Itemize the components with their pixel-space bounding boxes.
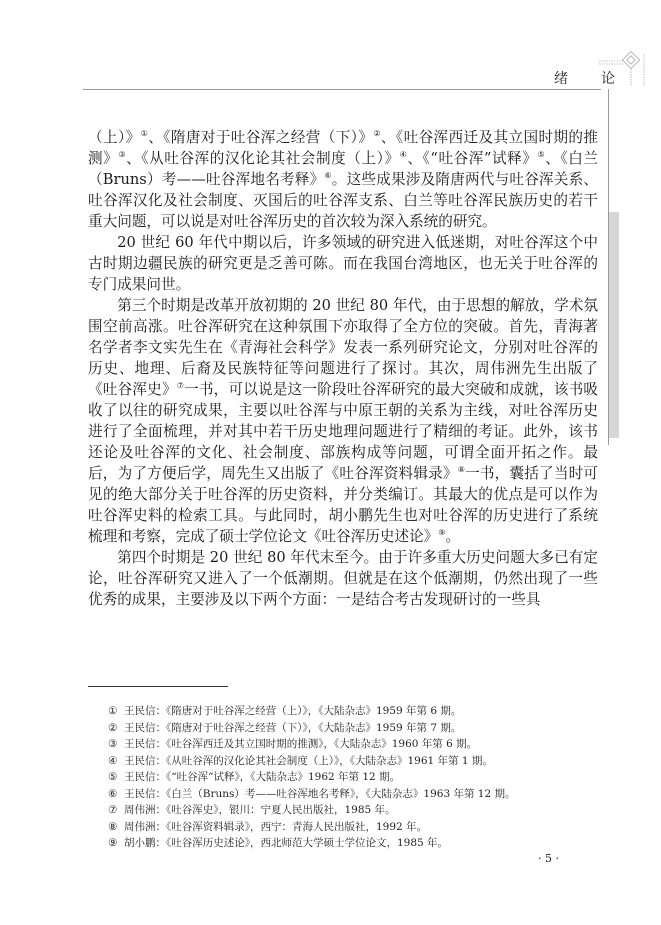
- running-head-title: 绪论: [554, 68, 615, 88]
- footnote-reference[interactable]: ⑦: [177, 381, 184, 390]
- footnote-mark: ⑦: [108, 802, 124, 819]
- footnote-mark: ⑨: [108, 835, 124, 852]
- footnote-item: ⑥王民信：《白兰（Bruns）考——吐谷浑地名考释》，《大陆杂志》1963 年第…: [108, 786, 598, 803]
- footnote-text: 周伟洲：《吐谷浑史》，银川：宁夏人民出版社，1985 年。: [124, 804, 396, 816]
- paragraph: 20 世纪 60 年代中期以后，许多领域的研究进入低迷期，对吐谷浑这个中古时期边…: [88, 232, 598, 295]
- running-head-char: 论: [601, 68, 615, 88]
- footnote-text: 王民信：《白兰（Bruns）考——吐谷浑地名考释》，《大陆杂志》1963 年第 …: [124, 788, 516, 800]
- footnote-reference[interactable]: ③: [118, 150, 126, 159]
- footnotes: ①王民信：《隋唐对于吐谷浑之经营（上）》，《大陆杂志》1959 年第 6 期。②…: [108, 703, 598, 852]
- footnote-mark: ⑤: [108, 769, 124, 786]
- footnote-text: 周伟洲：《吐谷浑资料辑录》，西宁：青海人民出版社，1992 年。: [124, 821, 427, 833]
- footnote-separator: [88, 686, 228, 687]
- paragraph: 第三个时期是改革开放初期的 20 世纪 80 年代，由于思想的解放，学术氛围空前…: [88, 295, 598, 547]
- footnote-item: ⑧周伟洲：《吐谷浑资料辑录》，西宁：青海人民出版社，1992 年。: [108, 819, 598, 836]
- footnote-mark: ②: [108, 720, 124, 737]
- footnote-text: 王民信：《从吐谷浑的汉化论其社会制度（上）》，《大陆杂志》1961 年第 1 期…: [124, 755, 493, 767]
- footnote-item: ①王民信：《隋唐对于吐谷浑之经营（上）》，《大陆杂志》1959 年第 6 期。: [108, 703, 598, 720]
- footnote-mark: ⑧: [108, 819, 124, 836]
- footnote-text: 胡小鹏：《吐谷浑历史述论》，西北师范大学硕士学位论文，1985 年。: [124, 837, 448, 849]
- text-run: 、《隋唐对于吐谷浑之经营（下）》: [148, 129, 373, 146]
- footnote-mark: ③: [108, 736, 124, 753]
- page-number: · 5 ·: [538, 852, 559, 865]
- footnote-item: ②王民信：《隋唐对于吐谷浑之经营（下）》，《大陆杂志》1959 年第 7 期。: [108, 720, 598, 737]
- footnote-reference[interactable]: ②: [373, 129, 381, 138]
- body-text: （上）》①、《隋唐对于吐谷浑之经营（下）》②、《吐谷浑西迁及其立国时期的推测》③…: [88, 127, 598, 610]
- text-run: 、《从吐谷浑的汉化论其社会制度（上）》: [126, 150, 400, 167]
- text-run: 、《“吐谷浑”试释》: [407, 150, 537, 167]
- footnote-item: ③王民信：《吐谷浑西迁及其立国时期的推测》，《大陆杂志》1960 年第 6 期。: [108, 736, 598, 753]
- footnote-mark: ⑥: [108, 786, 124, 803]
- text-run: （上）》: [88, 129, 141, 146]
- footnote-item: ⑦周伟洲：《吐谷浑史》，银川：宁夏人民出版社，1985 年。: [108, 802, 598, 819]
- footnote-reference[interactable]: ⑥: [324, 171, 331, 180]
- footnote-mark: ①: [108, 703, 124, 720]
- paragraph: 第四个时期是 20 世纪 80 年代末至今。由于许多重大历史问题大多已有定论，吐…: [88, 547, 598, 610]
- text-run: 第四个时期是 20 世纪 80 年代末至今。由于许多重大历史问题大多已有定论，吐…: [88, 549, 598, 608]
- chapter-thumb-tab: [609, 212, 619, 438]
- text-run: 20 世纪 60 年代中期以后，许多领域的研究进入低迷期，对吐谷浑这个中古时期边…: [88, 234, 598, 293]
- footnote-text: 王民信：《“吐谷浑”试释》，《大陆杂志》1962 年第 12 期。: [124, 771, 400, 783]
- footnote-text: 王民信：《吐谷浑西迁及其立国时期的推测》，《大陆杂志》1960 年第 6 期。: [124, 738, 477, 750]
- footnote-reference[interactable]: ⑧: [458, 465, 465, 474]
- footnote-text: 王民信：《隋唐对于吐谷浑之经营（下）》，《大陆杂志》1959 年第 7 期。: [124, 722, 461, 734]
- paragraph: （上）》①、《隋唐对于吐谷浑之经营（下）》②、《吐谷浑西迁及其立国时期的推测》③…: [88, 127, 598, 232]
- text-run: 。: [445, 528, 460, 545]
- header-rule: [83, 89, 601, 90]
- running-head-char: 绪: [554, 68, 568, 88]
- footnote-item: ④王民信：《从吐谷浑的汉化论其社会制度（上）》，《大陆杂志》1961 年第 1 …: [108, 753, 598, 770]
- footnote-item: ⑨胡小鹏：《吐谷浑历史述论》，西北师范大学硕士学位论文，1985 年。: [108, 835, 598, 852]
- footnote-text: 王民信：《隋唐对于吐谷浑之经营（上）》，《大陆杂志》1959 年第 6 期。: [124, 705, 461, 717]
- footnote-item: ⑤王民信：《“吐谷浑”试释》，《大陆杂志》1962 年第 12 期。: [108, 769, 598, 786]
- footnote-mark: ④: [108, 753, 124, 770]
